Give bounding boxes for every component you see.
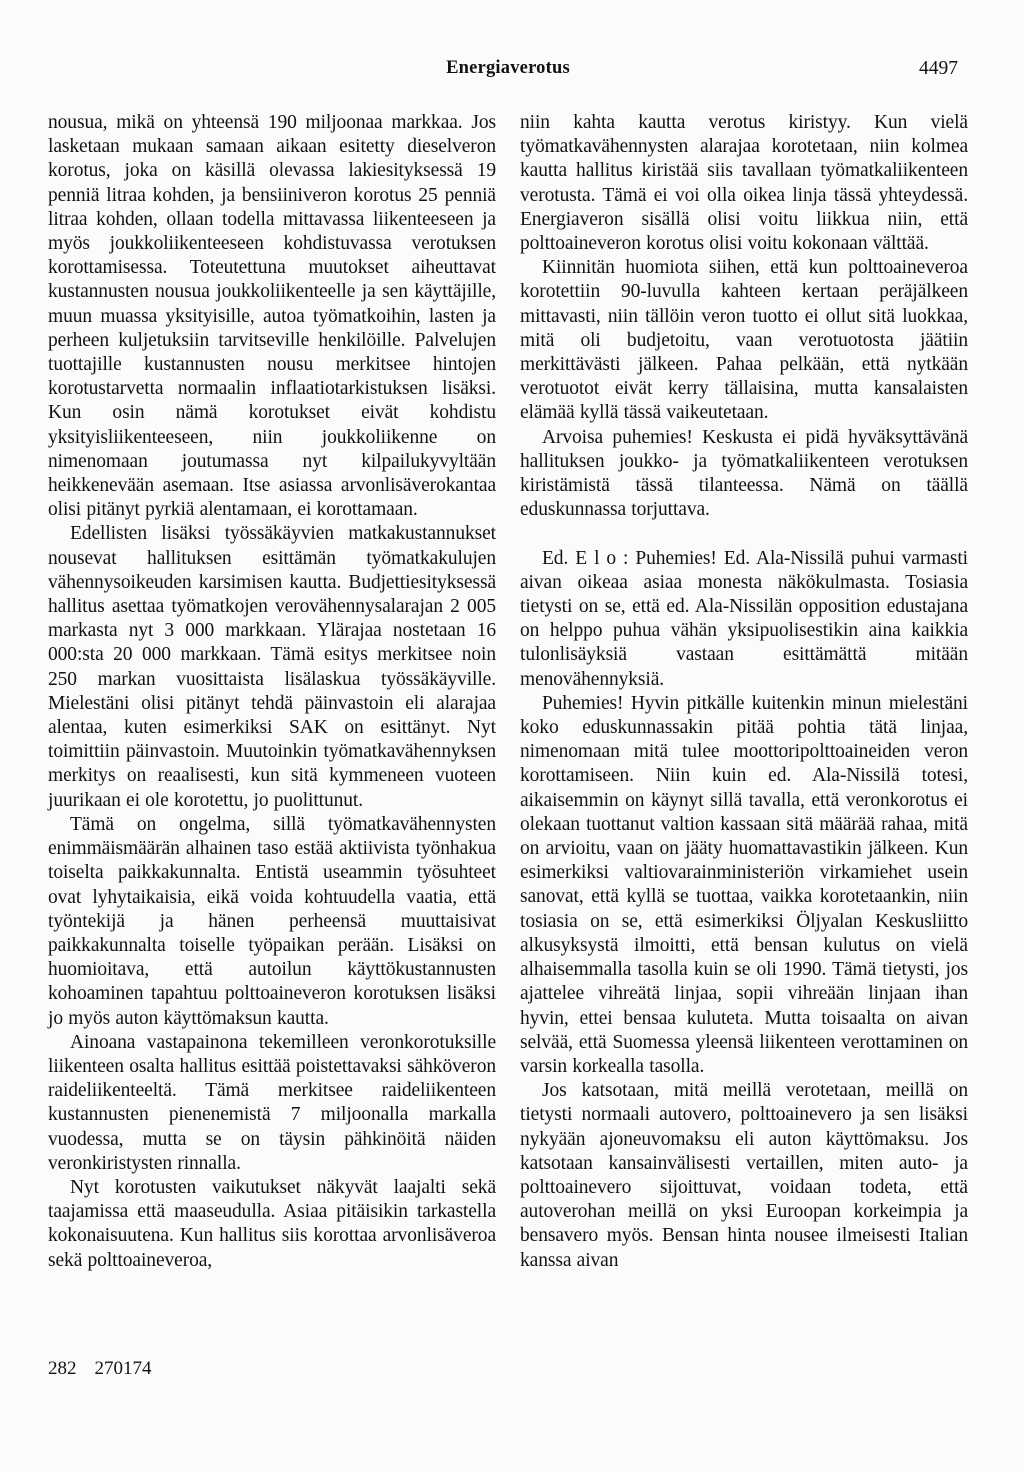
paragraph: Edellisten lisäksi työssäkäyvien matkaku… — [48, 522, 496, 812]
page-number: 4497 — [919, 58, 958, 80]
paragraph: Ainoana vastapainona tekemilleen veronko… — [48, 1031, 496, 1176]
footer-print-code: 270174 — [95, 1358, 152, 1379]
paragraph: Jos katsotaan, mitä meillä verotetaan, m… — [520, 1079, 968, 1273]
footer-signature-number: 282 — [48, 1358, 77, 1379]
paragraph: Nyt korotusten vaikutukset näkyvät laaja… — [48, 1176, 496, 1273]
paragraph: nousua, mikä on yhteensä 190 miljoonaa m… — [48, 111, 496, 522]
page-header-title: Energiaverotus — [48, 58, 968, 79]
paragraph: Arvoisa puhemies! Keskusta ei pidä hyväk… — [520, 426, 968, 523]
page-footer: 282270174 — [48, 1358, 152, 1380]
paragraph: Puhemies! Hyvin pitkälle kuitenkin minun… — [520, 692, 968, 1079]
right-column: niin kahta kautta verotus kiristyy. Kun … — [520, 111, 968, 1273]
paragraph: niin kahta kautta verotus kiristyy. Kun … — [520, 111, 968, 256]
page-header: Energiaverotus 4497 — [48, 58, 968, 82]
paragraph: Tämä on ongelma, sillä työmatkavähennyst… — [48, 813, 496, 1031]
paragraph-speaker-elo: Ed. E l o : Puhemies! Ed. Ala-Nissilä pu… — [520, 547, 968, 692]
text-columns: nousua, mikä on yhteensä 190 miljoonaa m… — [48, 111, 968, 1273]
paragraph: Kiinnitän huomiota siihen, että kun polt… — [520, 256, 968, 425]
document-page: Energiaverotus 4497 nousua, mikä on yhte… — [0, 0, 1024, 1471]
left-column: nousua, mikä on yhteensä 190 miljoonaa m… — [48, 111, 496, 1273]
